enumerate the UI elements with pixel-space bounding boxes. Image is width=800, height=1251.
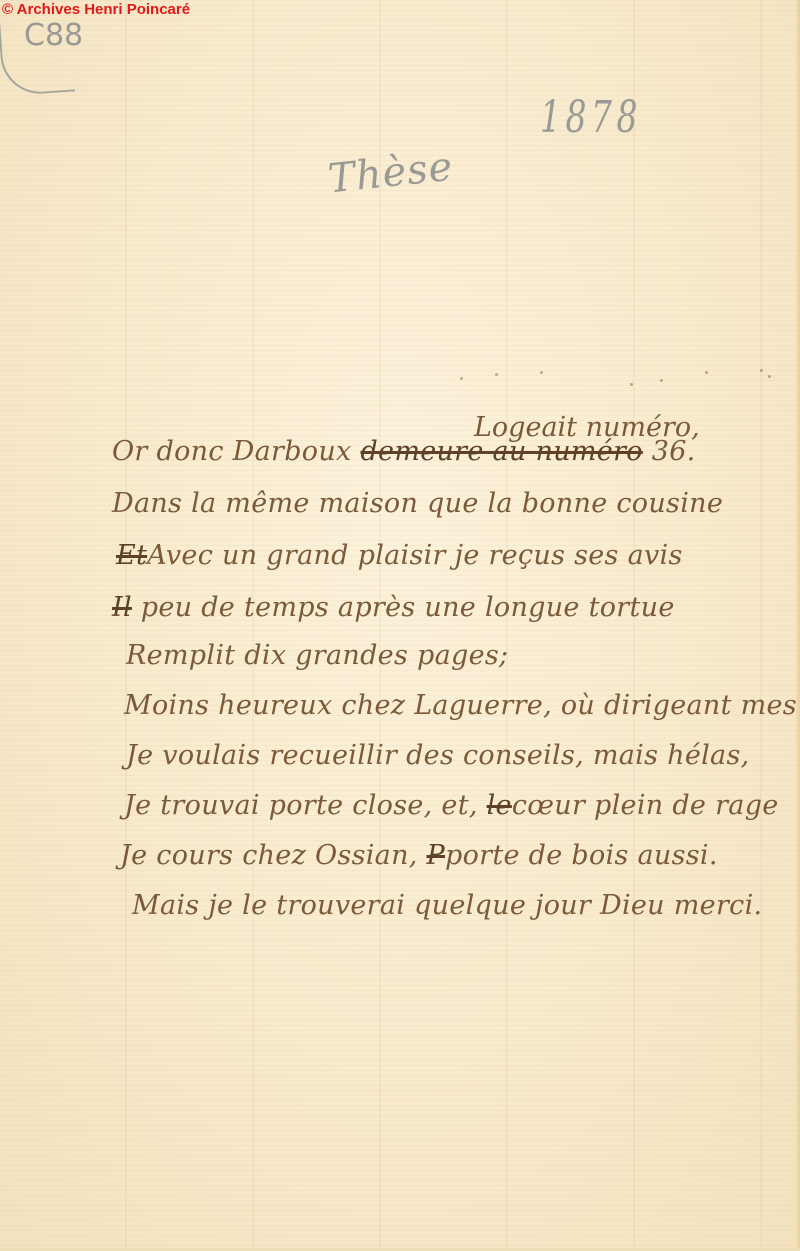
- struck-text: le: [487, 790, 512, 821]
- struck-text: P: [427, 840, 445, 871]
- line-text-after: cœur plein de rage: [512, 790, 779, 821]
- speck: [460, 377, 463, 380]
- manuscript-line-10: Mais je le trouverai quelque jour Dieu m…: [132, 890, 792, 942]
- line-text-after: porte de bois aussi.: [445, 840, 718, 871]
- manuscript-text: Logeait numéro, Or donc Darboux demeure …: [112, 418, 792, 938]
- speck: [768, 375, 771, 378]
- line-text: Remplit dix grandes pages;: [126, 640, 508, 671]
- manuscript-line-7: Je voulais recueillir des conseils, mais…: [126, 740, 792, 792]
- manuscript-line-4: Il peu de temps après une longue tortue: [112, 592, 792, 644]
- line-text: Mais je le trouverai quelque jour Dieu m…: [132, 890, 762, 921]
- paper-edge-right: [796, 0, 800, 1251]
- line-text-after: Avec un grand plaisir je reçus ses avis: [147, 540, 682, 571]
- line-text: Je cours chez Ossian,: [120, 840, 427, 871]
- line-text: Je voulais recueillir des conseils, mais…: [126, 740, 750, 771]
- struck-text: demeure au numéro: [360, 436, 642, 467]
- line-text: Or donc Darboux: [112, 436, 360, 467]
- line-text-after: peu de temps après une longue tortue: [132, 592, 675, 623]
- line-text: Dans la même maison que la bonne cousine: [112, 488, 723, 519]
- speck: [760, 369, 763, 372]
- manuscript-line-2: Dans la même maison que la bonne cousine: [112, 488, 792, 540]
- manuscript-line-1: Or donc Darboux demeure au numéro 36.: [112, 436, 792, 488]
- pencil-annotation-year: 1878: [540, 92, 642, 143]
- pencil-annotation-these: Thèse: [326, 144, 455, 203]
- line-text: Je trouvai porte close, et,: [124, 790, 487, 821]
- manuscript-line-3: EtAvec un grand plaisir je reçus ses avi…: [116, 540, 792, 592]
- speck: [705, 371, 708, 374]
- manuscript-line-9: Je cours chez Ossian, Pporte de bois aus…: [120, 840, 792, 892]
- manuscript-page: © Archives Henri Poincaré Thèse 1878 C88…: [0, 0, 800, 1251]
- speck: [495, 373, 498, 376]
- pencil-annotation-cote: C88: [0, 0, 80, 100]
- manuscript-line-5: Remplit dix grandes pages;: [126, 640, 792, 692]
- speck: [630, 383, 633, 386]
- struck-text: Et: [116, 540, 147, 571]
- ink-specks: [450, 365, 790, 395]
- pencil-cote-text: C88: [24, 18, 83, 53]
- line-text: Moins heureux chez Laguerre, où dirigean…: [124, 690, 800, 721]
- speck: [540, 371, 543, 374]
- struck-text: Il: [112, 592, 132, 623]
- manuscript-line-8: Je trouvai porte close, et, lecœur plein…: [124, 790, 792, 842]
- line-text-after: 36.: [643, 436, 696, 467]
- manuscript-line-6: Moins heureux chez Laguerre, où dirigean…: [124, 690, 792, 742]
- speck: [660, 379, 663, 382]
